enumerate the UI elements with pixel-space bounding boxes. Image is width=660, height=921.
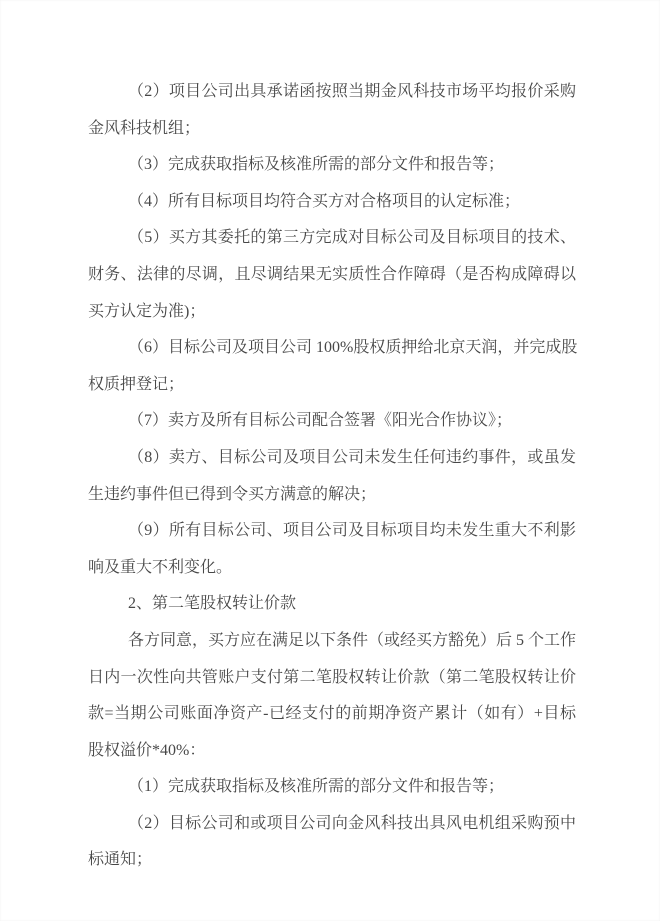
document-page: （2）项目公司出具承诺函按照当期金风科技市场平均报价采购 金风科技机组； （3）… [0, 0, 660, 921]
document-line: 生违约事件但已得到令买方满意的解决； [88, 477, 576, 514]
document-line: （5）买方其委托的第三方完成对目标公司及目标项目的技术、 [88, 220, 576, 257]
document-line: 标通知； [88, 842, 576, 879]
document-line: （2）目标公司和或项目公司向金风科技出具风电机组采购预中 [88, 806, 576, 843]
document-body: （2）项目公司出具承诺函按照当期金风科技市场平均报价采购 金风科技机组； （3）… [88, 74, 576, 879]
document-line: 金风科技机组； [88, 111, 576, 148]
document-line: （3）完成获取指标及核准所需的部分文件和报告等； [88, 147, 576, 184]
document-line: 财务、法律的尽调，且尽调结果无实质性合作障碍（是否构成障碍以 [88, 257, 576, 294]
document-line: 买方认定为准)； [88, 294, 576, 331]
document-line: （6）目标公司及项目公司 100%股权质押给北京天润，并完成股 [88, 330, 576, 367]
document-line: （1）完成获取指标及核准所需的部分文件和报告等； [88, 769, 576, 806]
document-line: （8）卖方、目标公司及项目公司未发生任何违约事件，或虽发 [88, 440, 576, 477]
document-heading-line: 2、第二笔股权转让价款 [88, 586, 576, 623]
document-line: 款=当期公司账面净资产-已经支付的前期净资产累计（如有）+目标 [88, 696, 576, 733]
document-line: （7）卖方及所有目标公司配合签署《阳光合作协议》； [88, 403, 576, 440]
document-line: （4）所有目标项目均符合买方对合格项目的认定标准； [88, 184, 576, 221]
document-line: （2）项目公司出具承诺函按照当期金风科技市场平均报价采购 [88, 74, 576, 111]
document-line: 股权溢价*40%： [88, 733, 576, 770]
document-line: 各方同意，买方应在满足以下条件（或经买方豁免）后 5 个工作 [88, 623, 576, 660]
document-line: 响及重大不利变化。 [88, 550, 576, 587]
document-line: 权质押登记； [88, 367, 576, 404]
document-line: 日内一次性向共管账户支付第二笔股权转让价款（第二笔股权转让价 [88, 660, 576, 697]
document-line: （9）所有目标公司、项目公司及目标项目均未发生重大不利影 [88, 513, 576, 550]
